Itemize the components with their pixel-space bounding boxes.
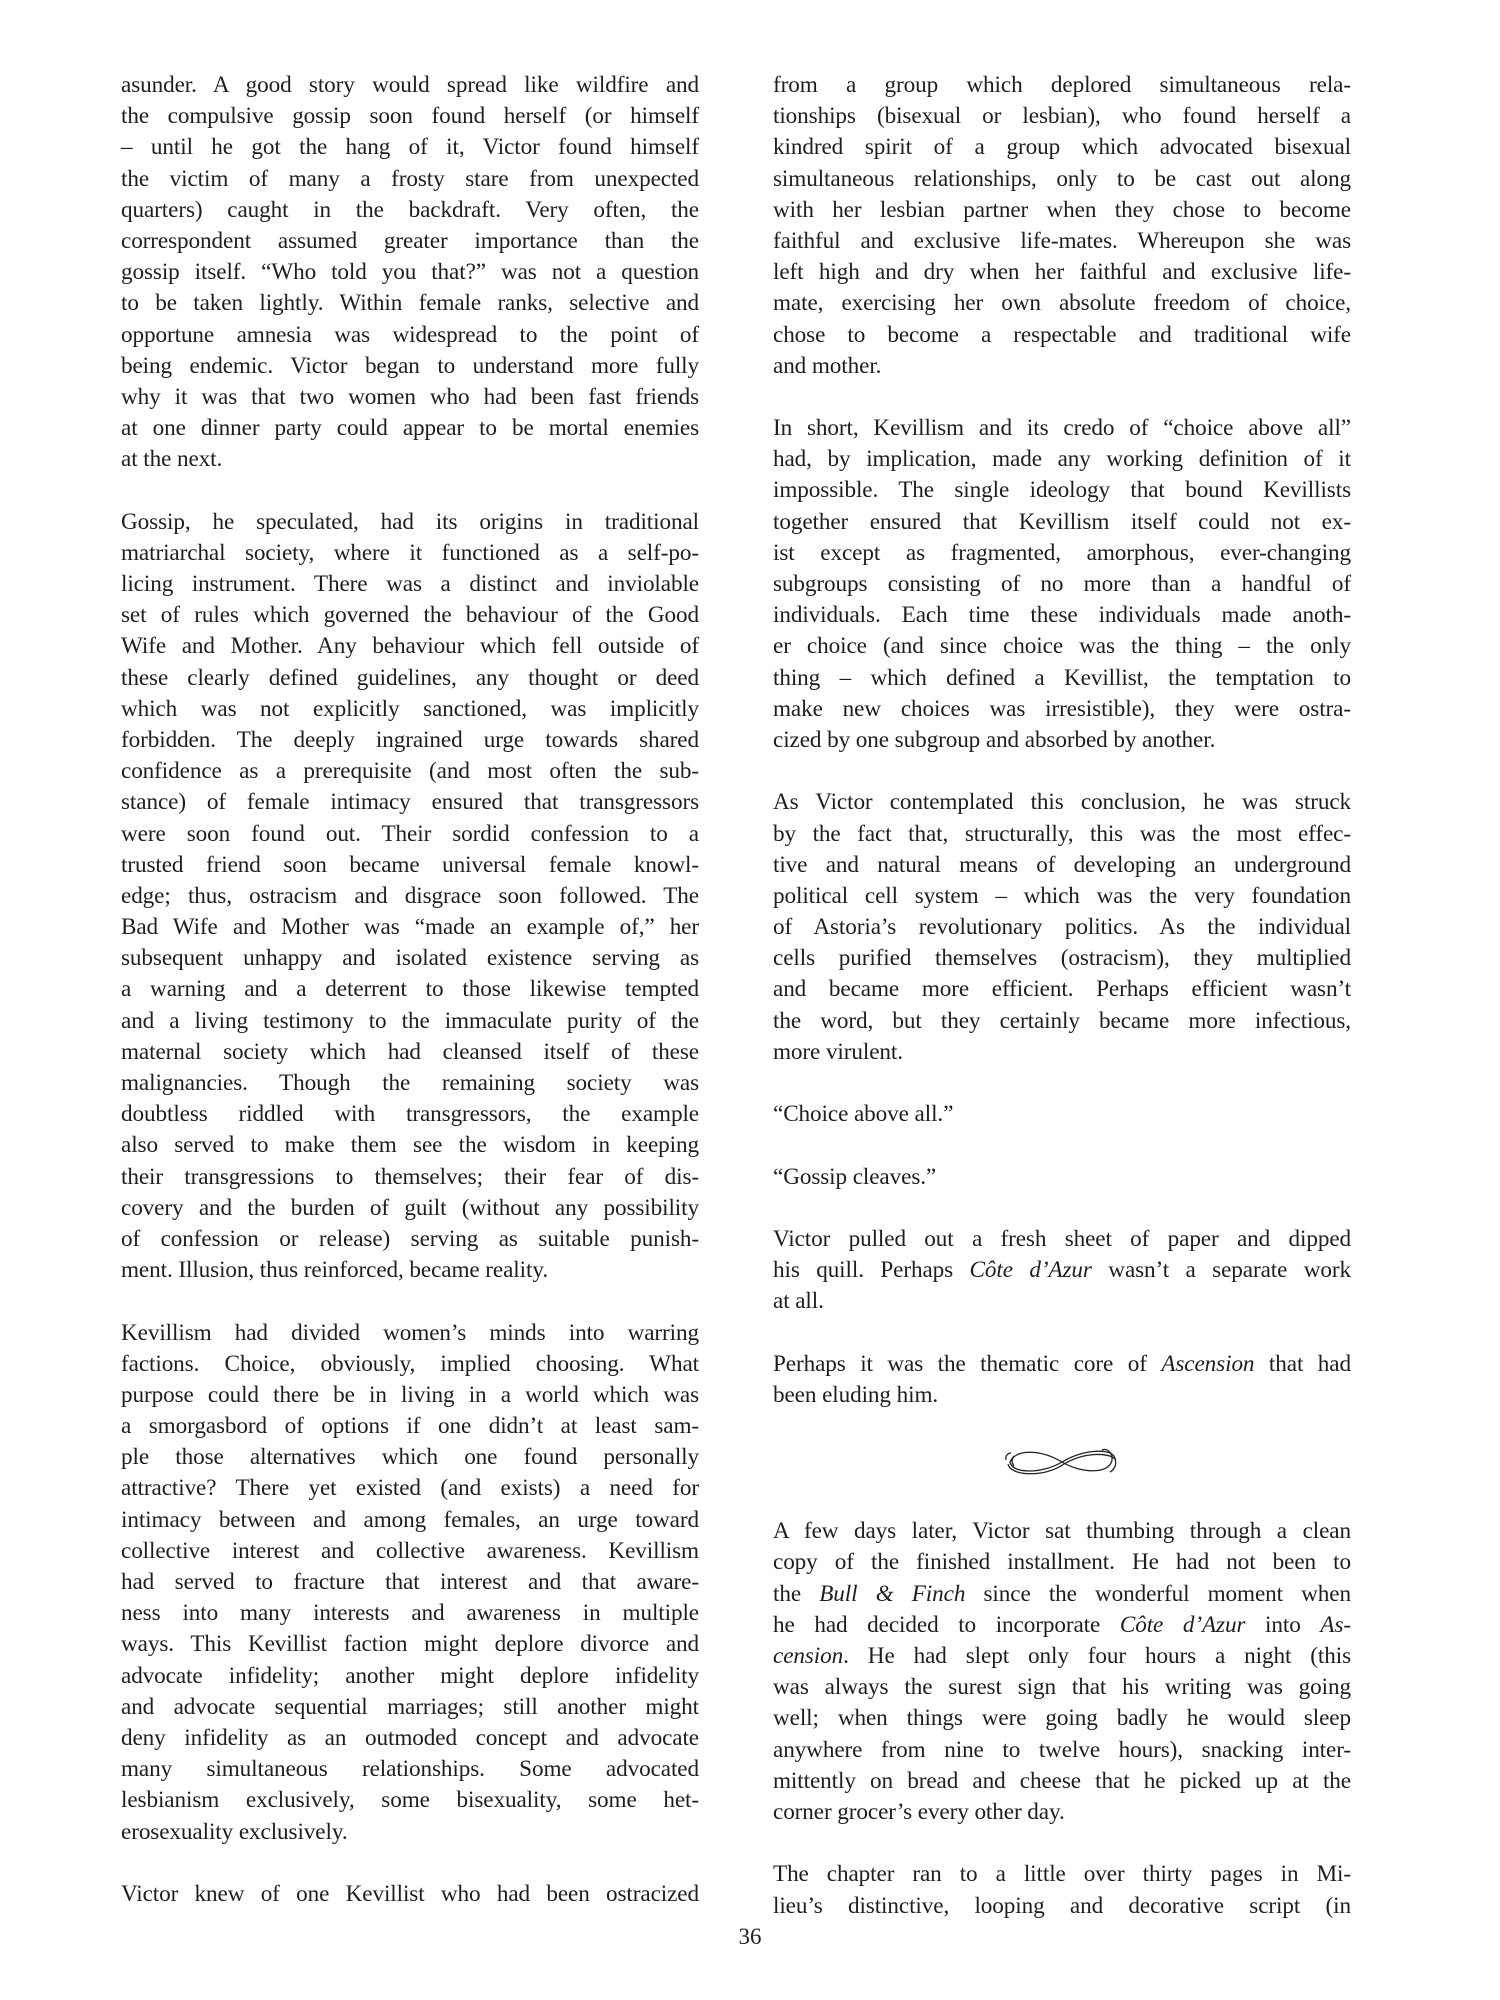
italic-title: Côte d’Azur [970,1257,1092,1283]
text-line: these clearly defined guidelines, any th… [121,663,699,694]
text-line: political cell system – which was the ve… [773,881,1351,912]
text-line: and became more efficient. Perhaps effic… [773,974,1351,1005]
text-line: more virulent. [773,1037,1351,1068]
text-line: edge; thus, ostracism and disgrace soon … [121,881,699,912]
italic-title: Bull & Finch [819,1581,965,1607]
text-segment: copy of the finished installment. He had… [773,1549,1351,1575]
paragraph: from a group which deplored simultaneous… [773,70,1351,382]
text-line: and advocate sequential marriages; still… [121,1692,699,1723]
italic-title: As- [1320,1612,1351,1638]
text-line: corner grocer’s every other day. [773,1797,1351,1828]
text-line: copy of the finished installment. He had… [773,1547,1351,1578]
text-segment: anywhere from nine to twelve hours), sna… [773,1737,1351,1763]
infinity-flourish-ornament-icon [1002,1442,1122,1482]
text-line: deny infidelity as an outmoded concept a… [121,1723,699,1754]
text-line: – until he got the hang of it, Victor fo… [121,132,699,163]
text-line: being endemic. Victor began to understan… [121,351,699,382]
text-line: subsequent unhappy and isolated existenc… [121,943,699,974]
text-line: mittently on bread and cheese that he pi… [773,1766,1351,1797]
text-line: “Gossip cleaves.” [773,1162,1351,1193]
text-line: at one dinner party could appear to be m… [121,413,699,444]
text-line: Bad Wife and Mother was “made an example… [121,912,699,943]
text-line: confidence as a prerequisite (and most o… [121,756,699,787]
text-segment: Perhaps it was the thematic core of [773,1351,1161,1377]
text-line: tionships (bisexual or lesbian), who fou… [773,101,1351,132]
text-segment: been eluding him. [773,1382,938,1408]
text-line: was always the surest sign that his writ… [773,1672,1351,1703]
text-line: set of rules which governed the behaviou… [121,600,699,631]
paragraph: As Victor contemplated this conclusion, … [773,787,1351,1068]
text-segment: well; when things were going badly he wo… [773,1705,1351,1731]
paragraph: The chapter ran to a little over thirty … [773,1859,1351,1921]
text-line: with her lesbian partner when they chose… [773,195,1351,226]
text-segment: he had decided to incorporate [773,1612,1120,1638]
text-segment: the [773,1581,819,1607]
text-line: were soon found out. Their sordid confes… [121,819,699,850]
text-line: to be taken lightly. Within female ranks… [121,288,699,319]
text-line: the Bull & Finch since the wonderful mom… [773,1579,1351,1610]
text-line: ist except as fragmented, amorphous, eve… [773,538,1351,569]
text-line: simultaneous relationships, only to be c… [773,164,1351,195]
text-line: doubtless riddled with transgressors, th… [121,1099,699,1130]
text-line: ways. This Kevillist faction might deplo… [121,1629,699,1660]
text-line: left high and dry when her faithful and … [773,257,1351,288]
text-line: advocate infidelity; another might deplo… [121,1661,699,1692]
text-line: at the next. [121,444,699,475]
text-line: thing – which defined a Kevillist, the t… [773,663,1351,694]
text-line: asunder. A good story would spread like … [121,70,699,101]
text-line: er choice (and since choice was the thin… [773,631,1351,662]
text-line: Wife and Mother. Any behaviour which fel… [121,631,699,662]
text-line: purpose could there be in living in a wo… [121,1380,699,1411]
text-line: and a living testimony to the immaculate… [121,1006,699,1037]
text-line: intimacy between and among females, an u… [121,1505,699,1536]
text-line: make new choices was irresistible), they… [773,694,1351,725]
text-line: correspondent assumed greater importance… [121,226,699,257]
text-line: trusted friend soon became universal fem… [121,850,699,881]
text-line: tive and natural means of developing an … [773,850,1351,881]
text-segment: since the wonderful moment when [965,1581,1351,1607]
text-line: collective interest and collective aware… [121,1536,699,1567]
text-line: their transgressions to themselves; thei… [121,1162,699,1193]
text-line: Victor pulled out a fresh sheet of paper… [773,1224,1351,1255]
text-line: cension. He had slept only four hours a … [773,1641,1351,1672]
text-segment: his quill. Perhaps [773,1257,970,1283]
paragraph: In short, Kevillism and its credo of “ch… [773,413,1351,756]
paragraph: asunder. A good story would spread like … [121,70,699,475]
text-segment: . He had slept only four hours a night (… [843,1643,1351,1669]
text-line: erosexuality exclusively. [121,1817,699,1848]
text-line: chose to become a respectable and tradit… [773,320,1351,351]
paragraph: Gossip, he speculated, had its origins i… [121,507,699,1287]
text-line: lesbianism exclusively, some bisexuality… [121,1785,699,1816]
text-line: lieu’s distinctive, looping and decorati… [773,1891,1351,1922]
text-line: also served to make them see the wisdom … [121,1130,699,1161]
text-line: malignancies. Though the remaining socie… [121,1068,699,1099]
text-line: matriarchal society, where it functioned… [121,538,699,569]
text-segment: A few days later, Victor sat thumbing th… [773,1518,1351,1544]
right-text-column: from a group which deplored simultaneous… [773,70,1351,1953]
paragraph: Perhaps it was the thematic core of Asce… [773,1349,1351,1411]
italic-title: cension [773,1643,843,1669]
italic-title: Ascension [1161,1351,1254,1377]
paragraph: A few days later, Victor sat thumbing th… [773,1516,1351,1828]
text-line: he had decided to incorporate Côte d’Azu… [773,1610,1351,1641]
text-line: and mother. [773,351,1351,382]
text-line: had served to fracture that interest and… [121,1567,699,1598]
text-line: ment. Illusion, thus reinforced, became … [121,1255,699,1286]
text-line: which was not explicitly sanctioned, was… [121,694,699,725]
text-line: factions. Choice, obviously, implied cho… [121,1349,699,1380]
text-line: together ensured that Kevillism itself c… [773,507,1351,538]
text-line: why it was that two women who had been f… [121,382,699,413]
text-line: forbidden. The deeply ingrained urge tow… [121,725,699,756]
paragraph: “Choice above all.” [773,1099,1351,1130]
text-line: at all. [773,1286,1351,1317]
text-line: been eluding him. [773,1380,1351,1411]
text-line: a warning and a deterrent to those likew… [121,974,699,1005]
text-line: subgroups consisting of no more than a h… [773,569,1351,600]
text-line: faithful and exclusive life-mates. Where… [773,226,1351,257]
text-segment: Victor pulled out a fresh sheet of paper… [773,1226,1351,1252]
text-line: ple those alternatives which one found p… [121,1442,699,1473]
paragraph: Kevillism had divided women’s minds into… [121,1318,699,1848]
paragraph: Victor pulled out a fresh sheet of paper… [773,1224,1351,1318]
text-line: had, by implication, made any working de… [773,444,1351,475]
text-line: opportune amnesia was widespread to the … [121,320,699,351]
text-line: As Victor contemplated this conclusion, … [773,787,1351,818]
text-line: anywhere from nine to twelve hours), sna… [773,1735,1351,1766]
text-line: of confession or release) serving as sui… [121,1224,699,1255]
text-line: A few days later, Victor sat thumbing th… [773,1516,1351,1547]
text-segment: wasn’t a separate work [1092,1257,1351,1283]
text-line: the compulsive gossip soon found herself… [121,101,699,132]
text-line: Perhaps it was the thematic core of Asce… [773,1349,1351,1380]
text-line: the word, but they certainly became more… [773,1006,1351,1037]
text-line: ness into many interests and awareness i… [121,1598,699,1629]
text-line: “Choice above all.” [773,1099,1351,1130]
text-line: many simultaneous relationships. Some ad… [121,1754,699,1785]
text-line: stance) of female intimacy ensured that … [121,787,699,818]
book-page: asunder. A good story would spread like … [0,0,1500,2000]
text-segment: that had [1254,1351,1351,1377]
text-line: In short, Kevillism and its credo of “ch… [773,413,1351,444]
text-line: licing instrument. There was a distinct … [121,569,699,600]
text-segment: mittently on bread and cheese that he pi… [773,1768,1351,1794]
italic-title: Côte d’Azur [1120,1612,1246,1638]
text-line: covery and the burden of guilt (without … [121,1193,699,1224]
text-line: well; when things were going badly he wo… [773,1703,1351,1734]
text-line: Kevillism had divided women’s minds into… [121,1318,699,1349]
text-line: cells purified themselves (ostracism), t… [773,943,1351,974]
text-line: attractive? There yet existed (and exist… [121,1473,699,1504]
text-segment: corner grocer’s every other day. [773,1799,1065,1825]
text-segment: at all. [773,1288,824,1314]
text-line: impossible. The single ideology that bou… [773,475,1351,506]
text-line: gossip itself. “Who told you that?” was … [121,257,699,288]
text-line: his quill. Perhaps Côte d’Azur wasn’t a … [773,1255,1351,1286]
text-line: cized by one subgroup and absorbed by an… [773,725,1351,756]
text-line: The chapter ran to a little over thirty … [773,1859,1351,1890]
text-line: individuals. Each time these individuals… [773,600,1351,631]
page-number: 36 [0,1922,1500,1952]
text-line: the victim of many a frosty stare from u… [121,164,699,195]
paragraph: “Gossip cleaves.” [773,1162,1351,1193]
text-line: a smorgasbord of options if one didn’t a… [121,1411,699,1442]
text-line: quarters) caught in the backdraft. Very … [121,195,699,226]
text-line: from a group which deplored simultaneous… [773,70,1351,101]
text-line: Gossip, he speculated, had its origins i… [121,507,699,538]
text-line: kindred spirit of a group which advocate… [773,132,1351,163]
text-segment: into [1245,1612,1320,1638]
text-segment: was always the surest sign that his writ… [773,1674,1351,1700]
text-line: mate, exercising her own absolute freedo… [773,288,1351,319]
paragraph: Victor knew of one Kevillist who had bee… [121,1879,699,1910]
text-line: of Astoria’s revolutionary politics. As … [773,912,1351,943]
text-line: by the fact that, structurally, this was… [773,819,1351,850]
left-text-column: asunder. A good story would spread like … [121,70,699,1941]
text-line: Victor knew of one Kevillist who had bee… [121,1879,699,1910]
text-line: maternal society which had cleansed itse… [121,1037,699,1068]
